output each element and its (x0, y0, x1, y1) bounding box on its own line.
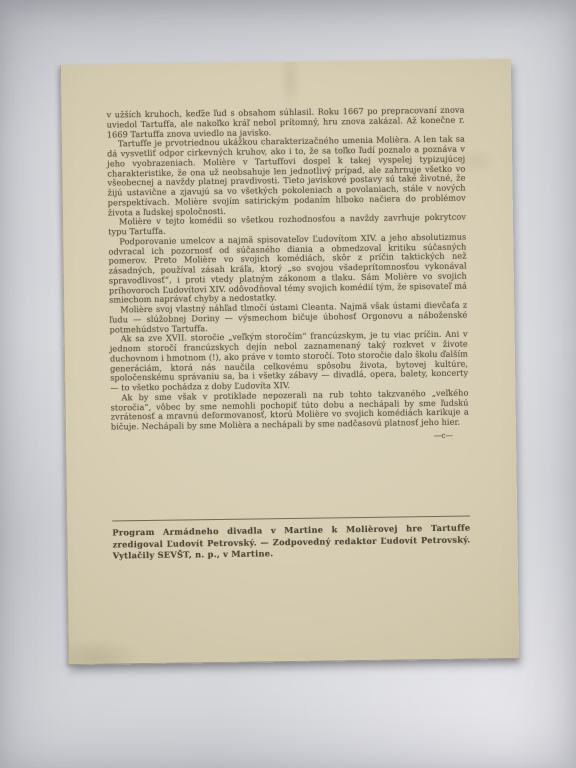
article-text: v užších kruhoch, keďže ľud s obsahom sú… (106, 106, 469, 445)
photo-background: v užších kruhoch, keďže ľud s obsahom sú… (0, 0, 576, 768)
paragraph: Ak sa zve XVII. storočie „veľkým storočí… (110, 330, 469, 393)
paragraph: Tartuffe je prvotriednou ukážkou charakt… (107, 135, 466, 218)
paragraph-list: v užších kruhoch, keďže ľud s obsahom sú… (106, 106, 468, 433)
section-end-mark: —c— (111, 430, 469, 444)
program-page: v užších kruhoch, keďže ľud s obsahom sú… (60, 59, 519, 665)
imprint-colophon: Program Armádneho divadla v Martine k Mo… (112, 515, 471, 562)
paragraph: Ak by sme však v protiklade nepozerali n… (110, 388, 469, 432)
paragraph: Podporovanie umelcov a najmä spisovateľo… (108, 232, 467, 305)
